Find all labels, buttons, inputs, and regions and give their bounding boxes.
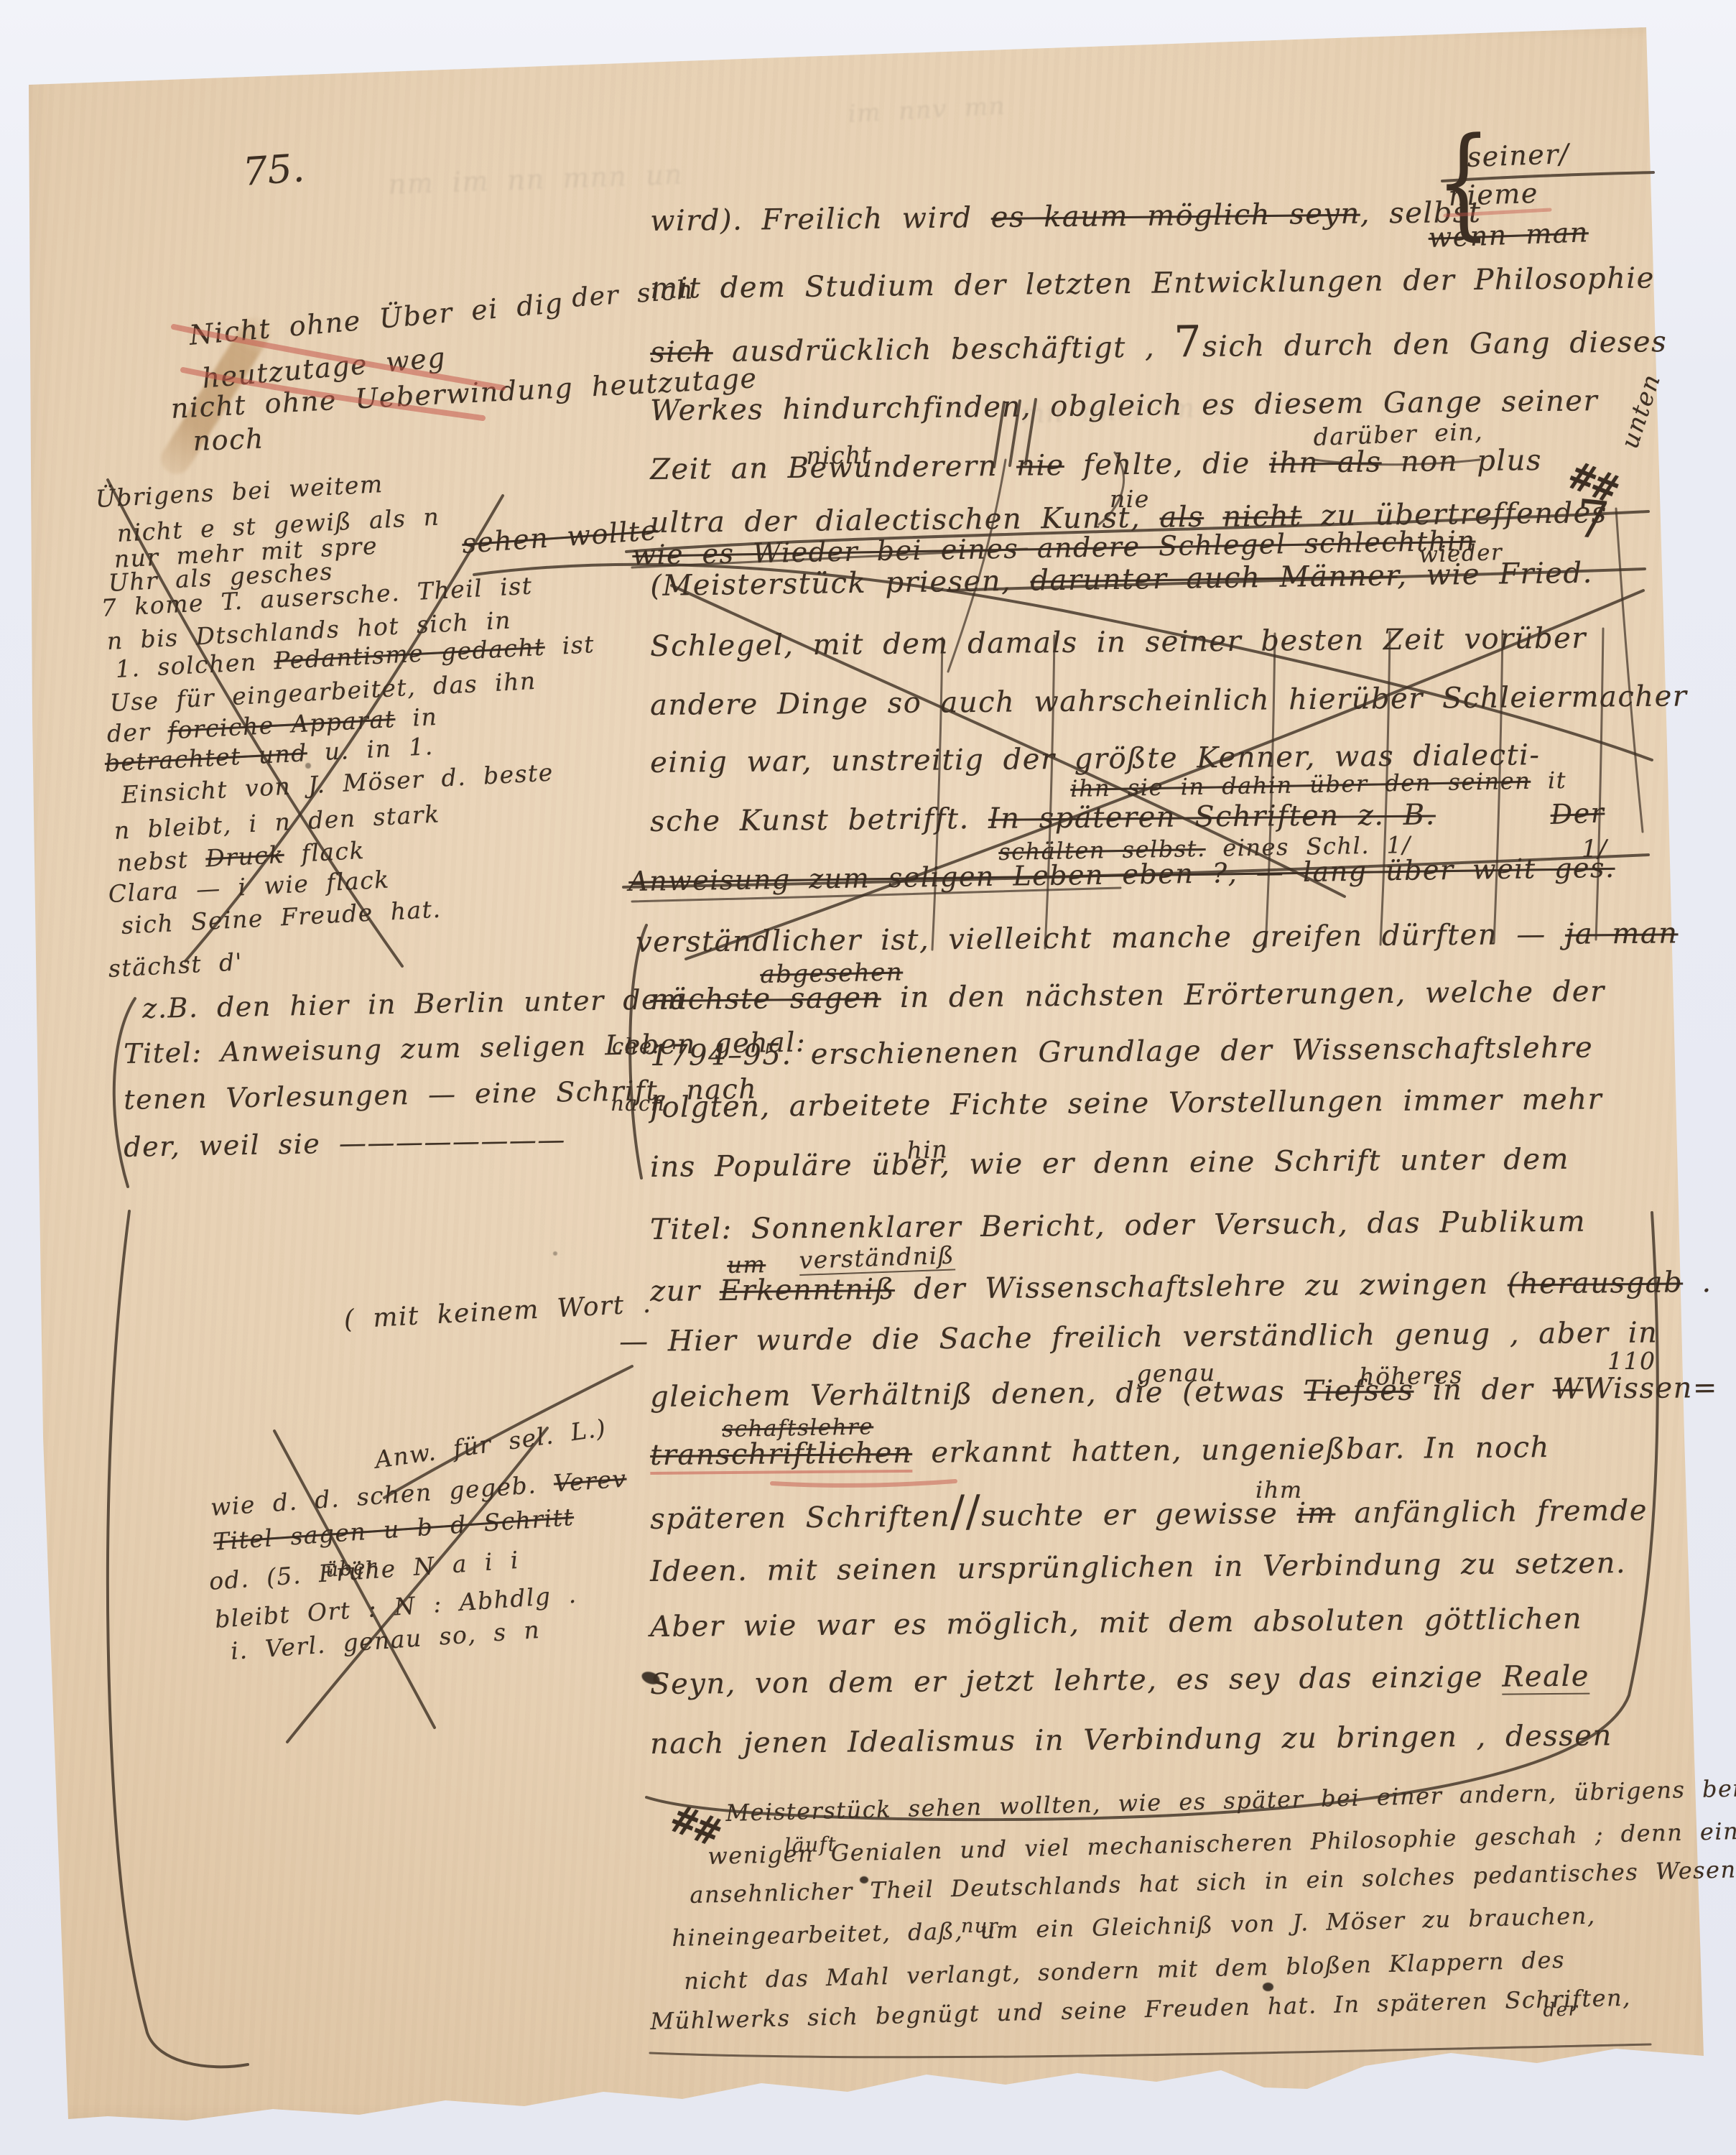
main-line-1: wird). Freilich wird es kaum möglich sey… bbox=[650, 198, 1482, 236]
main-line-20-segment: Erkenntniß bbox=[720, 1273, 896, 1307]
footnote-line-4-segment: hineingearbeitet, daß, um ein Gleichniß … bbox=[672, 1902, 1596, 1952]
main-line-24-segment: im bbox=[1296, 1497, 1335, 1530]
handwriting-layer: wird). Freilich wird es kaum möglich sey… bbox=[0, 0, 1736, 2155]
main-line-8-segment: darunter auch Männer bbox=[1030, 559, 1397, 597]
margin-scrawl-13-segment: Druck bbox=[205, 840, 284, 873]
margin-scrawl-16-segment: stächst d' bbox=[108, 947, 243, 983]
ghost-bleedthrough-3-segment: mn nnm im n bbox=[1020, 393, 1232, 430]
insertion-wieder-segment: wieder bbox=[1419, 539, 1503, 568]
margin-note-zb-1-segment: z.B. den hier in Berlin unter dem bbox=[142, 983, 686, 1024]
main-line-3-segment: sich durch den Gang dieses bbox=[1202, 325, 1667, 363]
footnote-ins-der-segment: der bbox=[1543, 1998, 1579, 2021]
ghost-bleedthrough-2-segment: im nnv mn bbox=[848, 92, 1006, 129]
margin-note-zb-4-segment: der, weil sie ———————— bbox=[124, 1123, 566, 1163]
insertion-110: 110 bbox=[1607, 1349, 1656, 1373]
margin-crossed-2-segment: Verev bbox=[553, 1465, 628, 1498]
main-line-20-segment: der Wissenschaftslehre zu zwingen bbox=[895, 1268, 1508, 1306]
margin-scrawl-13-segment: nebst bbox=[116, 845, 206, 877]
footnote-line-5-segment: nicht das Mahl verlangt, sondern mit dem… bbox=[684, 1946, 1565, 1995]
margin-scrawl-9-segment: in bbox=[394, 703, 438, 733]
main-line-22-segment: Tiefses bbox=[1304, 1374, 1414, 1408]
main-line-24-segment: anfänglich fremde bbox=[1335, 1494, 1648, 1530]
margin-note-zb-4: der, weil sie ———————— bbox=[124, 1126, 566, 1161]
margin-one-slash: 1/ bbox=[1582, 837, 1607, 861]
footnote-line-4: hineingearbeitet, daß, um ein Gleichniß … bbox=[672, 1904, 1596, 1950]
main-line-5-segment: Zeit an Bewunderern bbox=[650, 450, 1016, 486]
margin-note-top-1-segment: Nicht ohne Über ei dig bbox=[188, 287, 565, 351]
margin-struck-sehen-wollte-segment: sehen wollte bbox=[461, 514, 659, 560]
margin-der-struck-segment: Der bbox=[1550, 797, 1605, 830]
margin-vertical-unten-segment: unten bbox=[1615, 370, 1666, 452]
margin-der-struck: Der bbox=[1550, 799, 1605, 828]
main-line-17: folgten, arbeitete Fichte seine Vorstell… bbox=[650, 1085, 1602, 1122]
main-line-24-segment: // bbox=[950, 1486, 982, 1537]
annotation-seiner-segment: seiner/ bbox=[1467, 138, 1570, 173]
main-line-18: ins Populäre über, wie er denn eine Schr… bbox=[650, 1145, 1569, 1182]
main-line-15: nächste sagen in den nächsten Erörterung… bbox=[650, 977, 1605, 1014]
margin-note-top-1: Nicht ohne Über ei dig bbox=[188, 289, 565, 348]
footnote-ins-der: der bbox=[1543, 2000, 1579, 2020]
main-line-27-segment: Reale bbox=[1502, 1660, 1589, 1695]
main-line-19: Titel: Sonnenklarer Bericht, oder Versuc… bbox=[650, 1208, 1586, 1244]
insertion-struck-ihn-sie: ihn sie in dahin über den seinen it bbox=[1070, 769, 1566, 800]
main-line-25: Ideen. mit seinen ursprünglichen in Verb… bbox=[650, 1549, 1626, 1586]
main-line-24: späteren Schriften//suchte er gewisse im… bbox=[650, 1494, 1648, 1534]
footnote-hash-mark: ## bbox=[668, 1804, 721, 1845]
margin-scrawl-13-segment: flack bbox=[284, 836, 366, 868]
main-line-3-segment: 7 bbox=[1174, 317, 1202, 367]
margin-crossed-1-segment: Anw. für sel. L.) bbox=[373, 1414, 608, 1474]
main-line-10-segment: andere Dinge so auch wahrscheinlich hier… bbox=[650, 680, 1688, 722]
margin-seven-mark-segment: 7 bbox=[1573, 488, 1613, 551]
main-line-23-segment: erkannt hatten, ungenießbar. In noch bbox=[912, 1431, 1550, 1470]
margin-struck-sehen-wollte: sehen wollte bbox=[461, 516, 659, 557]
insertion-verstaendniss: verständniß bbox=[799, 1243, 955, 1272]
insertion-wieder: wieder bbox=[1419, 542, 1503, 567]
main-line-20: zur Erkenntniß der Wissenschaftslehre zu… bbox=[650, 1268, 1712, 1306]
main-line-5: Zeit an Bewunderern nie fehlte, die ihn … bbox=[650, 446, 1542, 484]
main-line-27-segment: Seyn, von dem er jetzt lehrte, es sey da… bbox=[650, 1661, 1503, 1701]
margin-vertical-unten: unten bbox=[1617, 371, 1664, 451]
main-line-22-segment: W bbox=[1552, 1373, 1583, 1406]
main-line-28-segment: nach jenen Idealismus in Verbindung zu b… bbox=[650, 1719, 1612, 1761]
main-line-5-segment: ihn als bbox=[1269, 445, 1382, 480]
footnote-line-6: Mühlwerks sich begnügt und seine Freuden… bbox=[650, 1986, 1631, 2033]
main-line-12: sche Kunst betrifft. In späteren Schrift… bbox=[650, 800, 1436, 836]
margin-note-wort: ( mit keinem Wort . bbox=[343, 1292, 652, 1333]
main-line-12-segment: sche Kunst betrifft. bbox=[650, 802, 988, 838]
main-line-15-segment: in den nächsten Erörterungen, welche der bbox=[881, 975, 1605, 1014]
main-line-9-segment: Schlegel, mit dem damals in seiner beste… bbox=[650, 622, 1587, 663]
main-line-27: Seyn, von dem er jetzt lehrte, es sey da… bbox=[650, 1662, 1589, 1699]
margin-scrawl-10-segment: u. in 1. bbox=[307, 732, 435, 766]
main-line-3-segment: ausdrücklich beschäftigt , bbox=[712, 330, 1174, 369]
margin-scrawl-16: stächst d' bbox=[108, 950, 243, 981]
main-line-22-segment: in der bbox=[1414, 1373, 1553, 1407]
main-line-22-segment: gleichem Verhältniß denen, die (etwas bbox=[650, 1375, 1304, 1414]
footnote-line-5: nicht das Mahl verlangt, sondern mit dem… bbox=[684, 1948, 1565, 1993]
margin-scrawl-12: n bleibt, i n den stark bbox=[113, 802, 440, 843]
margin-crossed-1: Anw. für sel. L.) bbox=[373, 1416, 608, 1472]
main-line-1-segment: wird). Freilich wird bbox=[650, 201, 991, 238]
main-line-3-segment: sich bbox=[650, 335, 713, 369]
main-line-26-segment: Aber wie war es möglich, mit dem absolut… bbox=[650, 1603, 1582, 1644]
main-line-5-segment: fehlte, die bbox=[1064, 447, 1270, 482]
margin-scrawl-9-segment: der bbox=[106, 717, 169, 748]
main-line-23: transchriftlichen erkannt hatten, ungeni… bbox=[650, 1433, 1550, 1470]
main-line-9: Schlegel, mit dem damals in seiner beste… bbox=[650, 624, 1587, 661]
margin-note-wort-segment: ( mit keinem Wort . bbox=[343, 1289, 653, 1335]
main-line-21: — Hier wurde die Sache freilich verständ… bbox=[619, 1318, 1658, 1356]
main-line-2-segment: mit dem Studium der letzten Entwicklunge… bbox=[650, 261, 1655, 305]
main-line-1-segment: es kaum möglich seyn bbox=[991, 198, 1361, 234]
main-line-24-segment: suchte er gewisse bbox=[981, 1497, 1297, 1533]
main-line-2: mit dem Studium der letzten Entwicklunge… bbox=[650, 264, 1655, 303]
footnote-line-1: Meisterstück sehen wollten, wie es späte… bbox=[725, 1774, 1736, 1825]
main-line-10: andere Dinge so auch wahrscheinlich hier… bbox=[650, 682, 1688, 720]
main-line-5-segment: nie bbox=[1016, 449, 1064, 483]
margin-seven-mark: 7 bbox=[1574, 504, 1611, 545]
margin-note-top-4: noch bbox=[192, 425, 264, 455]
margin-one-slash-segment: 1/ bbox=[1582, 835, 1607, 863]
ghost-bleedthrough-1: nm im nn mnn un bbox=[388, 161, 683, 198]
insertion-struck-ihn-sie-segment: it bbox=[1531, 766, 1566, 794]
main-line-13-deleted-segment: Anweisung zum seligen Leben eben ?, — la… bbox=[628, 852, 1615, 897]
ghost-bleedthrough-1-segment: nm im nn mnn un bbox=[388, 159, 684, 200]
main-line-3: sich ausdrücklich beschäftigt , 7sich du… bbox=[650, 325, 1667, 367]
insertion-110-segment: 110 bbox=[1607, 1347, 1656, 1375]
main-line-14-segment: ja man bbox=[1565, 917, 1679, 950]
main-line-17-segment: folgten, arbeitete Fichte seine Vorstell… bbox=[650, 1083, 1602, 1124]
insertion-um: um bbox=[727, 1253, 766, 1276]
main-line-22-segment: Wissen= bbox=[1583, 1371, 1718, 1406]
main-line-28: nach jenen Idealismus in Verbindung zu b… bbox=[650, 1721, 1612, 1758]
margin-scrawl-1: Übrigens bei weitem bbox=[95, 472, 384, 511]
main-line-21-segment: — Hier wurde die Sache freilich verständ… bbox=[619, 1316, 1658, 1358]
main-line-14-segment: verständlicher ist, vielleicht manche gr… bbox=[636, 918, 1565, 959]
main-line-20-segment: (herausgab bbox=[1508, 1266, 1684, 1300]
main-line-22: gleichem Verhältniß denen, die (etwas Ti… bbox=[650, 1373, 1718, 1412]
margin-note-zb-1: z.B. den hier in Berlin unter dem bbox=[142, 986, 686, 1022]
main-line-23-segment: transchriftlichen bbox=[650, 1437, 912, 1475]
main-line-5-segment: non plus bbox=[1381, 444, 1542, 478]
main-line-20-segment: . bbox=[1683, 1266, 1712, 1299]
main-line-25-segment: Ideen. mit seinen ursprünglichen in Verb… bbox=[650, 1547, 1626, 1588]
ghost-bleedthrough-2: im nnv mn bbox=[848, 94, 1006, 126]
main-line-8-segment: (Meisterstück priesen, bbox=[650, 565, 1031, 603]
main-line-26: Aber wie war es möglich, mit dem absolut… bbox=[650, 1605, 1582, 1641]
margin-scrawl-7-segment: ist bbox=[544, 630, 595, 661]
margin-note-top-4-segment: noch bbox=[192, 423, 265, 457]
footnote-line-1-segment: Meisterstück sehen wollten, wie es späte… bbox=[725, 1772, 1736, 1827]
main-line-18-segment: ins Populäre über, wie er denn eine Schr… bbox=[650, 1143, 1569, 1184]
main-line-12-segment: In späteren Schriften z. B. bbox=[988, 798, 1436, 835]
insertion-verstaendniss-segment: verständniß bbox=[799, 1241, 955, 1276]
main-line-14: verständlicher ist, vielleicht manche gr… bbox=[636, 919, 1679, 957]
main-line-24-segment: späteren Schriften bbox=[650, 1500, 950, 1536]
main-line-19-segment: Titel: Sonnenklarer Bericht, oder Versuc… bbox=[650, 1205, 1586, 1246]
margin-scrawl-1-segment: Übrigens bei weitem bbox=[95, 470, 384, 513]
main-line-13-deleted: Anweisung zum seligen Leben eben ?, — la… bbox=[628, 854, 1615, 895]
ghost-bleedthrough-3: mn nnm im n bbox=[1020, 395, 1232, 428]
annotation-seiner: seiner/ bbox=[1467, 140, 1570, 171]
manuscript-scan: 75. wird). Freilich wird es kaum möglich… bbox=[0, 0, 1736, 2155]
main-line-20-segment: zur bbox=[650, 1274, 720, 1308]
annotation-nieme: nieme bbox=[1448, 180, 1538, 210]
annotation-nieme-segment: nieme bbox=[1448, 177, 1539, 212]
